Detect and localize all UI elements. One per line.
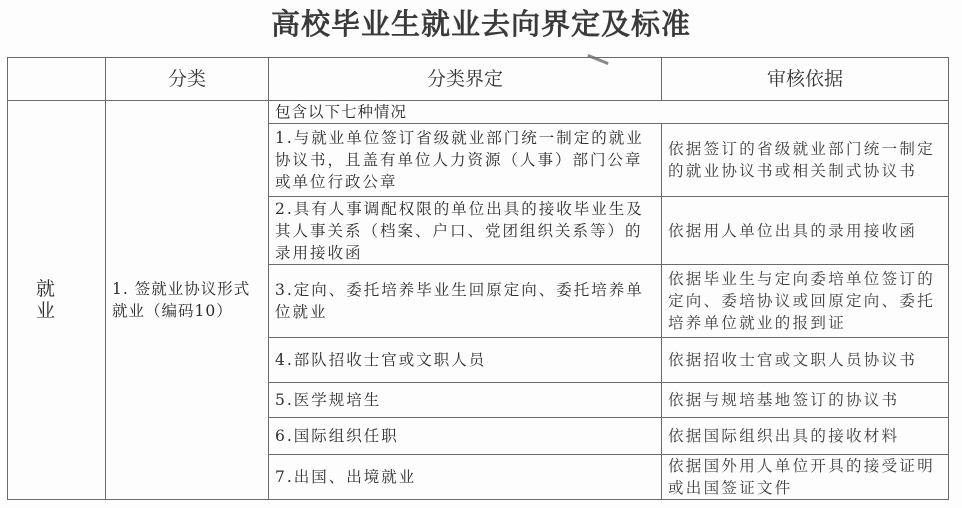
sub-category-cell: 1. 签就业协议形式就业（编码10）	[106, 101, 269, 500]
definition-cell: 5.医学规培生	[269, 383, 662, 418]
intro-cell: 包含以下七种情况	[269, 101, 949, 124]
header-audit-basis: 审核依据	[662, 58, 949, 101]
audit-basis-cell: 依据国外用人单位开具的接受证明或出国签证文件	[662, 455, 949, 500]
employment-definition-table: 分类 分类界定 审核依据 就 业 1. 签就业协议形式就业（编码10） 包含以下…	[7, 57, 949, 500]
definition-cell: 6.国际组织任职	[269, 418, 662, 455]
intro-row: 就 业 1. 签就业协议形式就业（编码10） 包含以下七种情况	[8, 101, 949, 124]
table-header-row: 分类 分类界定 审核依据	[8, 58, 949, 101]
definition-cell: 7.出国、出境就业	[269, 455, 662, 500]
header-blank	[8, 58, 106, 101]
header-definition: 分类界定	[269, 58, 662, 101]
document-title: 高校毕业生就业去向界定及标准	[0, 2, 962, 43]
definition-cell: 3.定向、委托培养毕业生回原定向、委托培养单位就业	[269, 265, 662, 338]
audit-basis-cell: 依据毕业生与定向委培单位签订的定向、委培协议或回原定向、委托培养单位就业的报到证	[662, 265, 949, 338]
main-category-cell: 就 业	[8, 101, 106, 500]
definition-cell: 4.部队招收士官或文职人员	[269, 338, 662, 383]
audit-basis-cell: 依据用人单位出具的录用接收函	[662, 197, 949, 265]
audit-basis-cell: 依据国际组织出具的接收材料	[662, 418, 949, 455]
audit-basis-cell: 依据签订的省级就业部门统一制定的就业协议书或相关制式协议书	[662, 124, 949, 197]
header-category: 分类	[106, 58, 269, 101]
audit-basis-cell: 依据与规培基地签订的协议书	[662, 383, 949, 418]
definition-cell: 2.具有人事调配权限的单位出具的接收毕业生及其人事关系（档案、户口、党团组织关系…	[269, 197, 662, 265]
definition-cell: 1.与就业单位签订省级就业部门统一制定的就业协议书，且盖有单位人力资源（人事）部…	[269, 124, 662, 197]
audit-basis-cell: 依据招收士官或文职人员协议书	[662, 338, 949, 383]
